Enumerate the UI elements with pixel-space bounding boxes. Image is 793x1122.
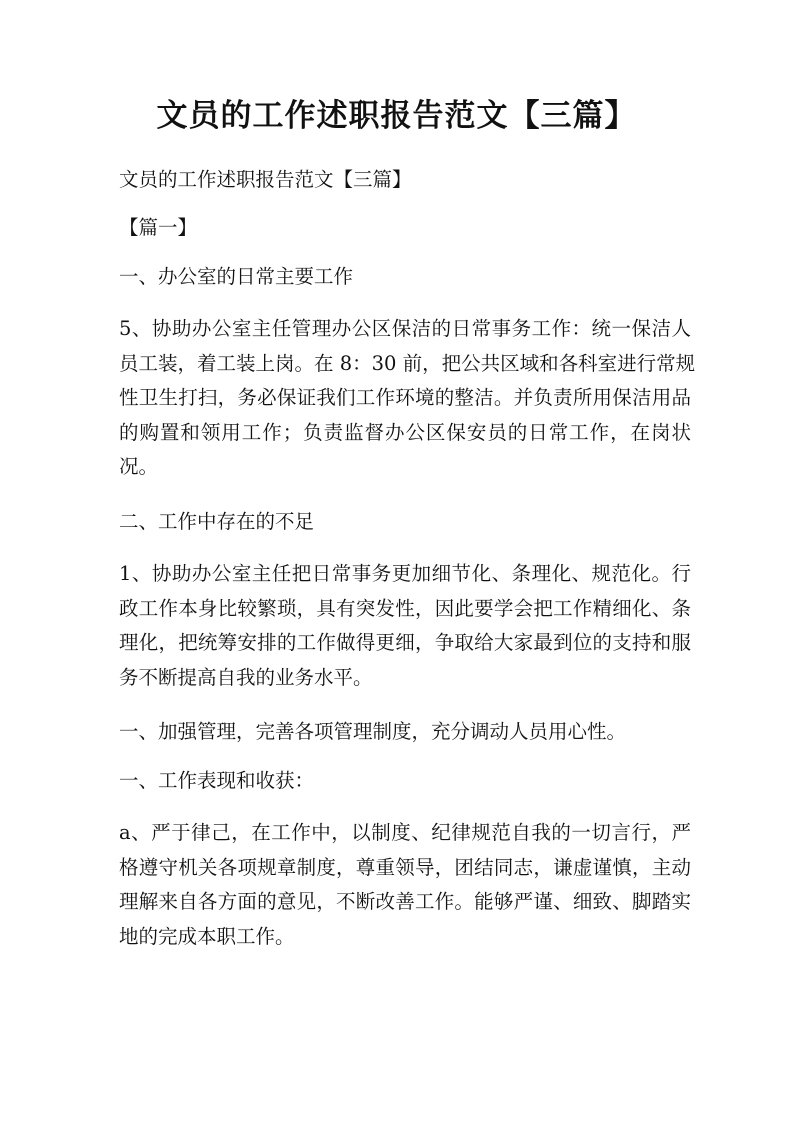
paragraph-line: 理解来自各方面的意见，不断改善工作。能够严谨、细致、脚踏实 bbox=[119, 885, 691, 920]
section-label: 【篇一】 bbox=[119, 211, 689, 245]
paragraph-line: 的购置和领用工作；负责监督办公区保安员的日常工作，在岗状 bbox=[119, 416, 691, 451]
paragraph-line: 况。 bbox=[119, 450, 691, 485]
paragraph-cleaning-duties: 5、协助办公室主任管理办公区保洁的日常事务工作：统一保洁人 员工装，着工装上岗。… bbox=[119, 312, 691, 485]
paragraph-line: 1、协助办公室主任把日常事务更加细节化、条理化、规范化。行 bbox=[119, 557, 691, 592]
heading-shortcomings: 二、工作中存在的不足 bbox=[119, 505, 689, 539]
paragraph-line: 性卫生打扫，务必保证我们工作环境的整洁。并负责所用保洁用品 bbox=[119, 381, 691, 416]
paragraph-line: 地的完成本职工作。 bbox=[119, 920, 691, 955]
paragraph-line: 理化，把统筹安排的工作做得更细，争取给大家最到位的支持和服 bbox=[119, 626, 691, 661]
paragraph-line: 5、协助办公室主任管理办公区保洁的日常事务工作：统一保洁人 bbox=[119, 312, 691, 347]
paragraph-improvements: 1、协助办公室主任把日常事务更加细节化、条理化、规范化。行 政工作本身比较繁琐，… bbox=[119, 557, 691, 695]
paragraph-line: 员工装，着工装上岗。在 8：30 前，把公共区域和各科室进行常规 bbox=[119, 347, 691, 382]
paragraph-line: 格遵守机关各项规章制度，尊重领导，团结同志，谦虚谨慎，主动 bbox=[119, 851, 691, 886]
document-title: 文员的工作述职报告范文【三篇】 bbox=[0, 96, 793, 136]
heading-performance: 一、工作表现和收获： bbox=[119, 764, 689, 798]
paragraph-line: 政工作本身比较繁琐，具有突发性，因此要学会把工作精细化、条 bbox=[119, 592, 691, 627]
paragraph-line: 务不断提高自我的业务水平。 bbox=[119, 661, 691, 696]
document-subtitle: 文员的工作述职报告范文【三篇】 bbox=[119, 163, 689, 197]
paragraph-line: a、严于律己，在工作中，以制度、纪律规范自我的一切言行，严 bbox=[119, 816, 691, 851]
heading-management: 一、加强管理，完善各项管理制度，充分调动人员用心性。 bbox=[119, 715, 689, 749]
paragraph-self-discipline: a、严于律己，在工作中，以制度、纪律规范自我的一切言行，严 格遵守机关各项规章制… bbox=[119, 816, 691, 954]
heading-daily-work: 一、办公室的日常主要工作 bbox=[119, 260, 689, 294]
